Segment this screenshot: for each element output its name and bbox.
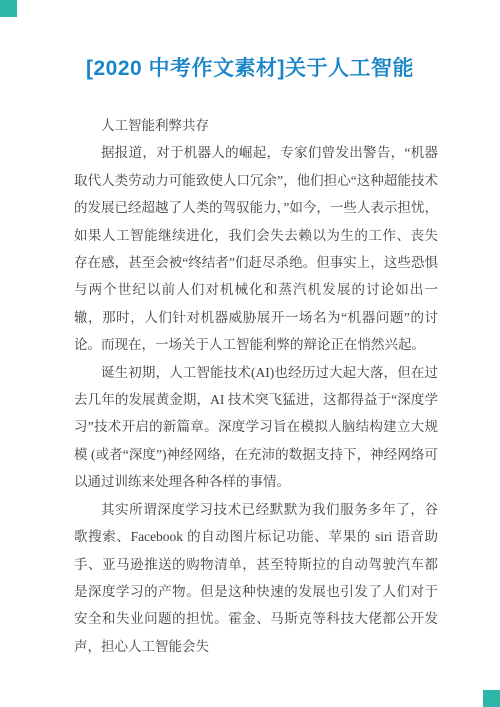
document-body: 人工智能利弊共存 据报道，对于机器人的崛起，专家们曾发出警告，“机器取代人类劳动… (74, 112, 438, 660)
corner-accent-bottom-right (483, 690, 500, 707)
corner-accent-top-left (0, 0, 17, 17)
paragraph: 诞生初期，人工智能技术(AI)也经历过大起大落，但在过去几年的发展黄金期，AI … (74, 359, 438, 496)
page-title: [2020 中考作文素材]关于人工智能 (0, 52, 500, 82)
document-page: [2020 中考作文素材]关于人工智能 人工智能利弊共存 据报道，对于机器人的崛… (0, 0, 500, 707)
paragraph-heading: 人工智能利弊共存 (74, 112, 438, 139)
paragraph: 其实所谓深度学习技术已经默默为我们服务多年了，谷歌搜索、Facebook 的自动… (74, 496, 438, 660)
paragraph: 据报道，对于机器人的崛起，专家们曾发出警告，“机器取代人类劳动力可能致使人口冗余… (74, 139, 438, 358)
